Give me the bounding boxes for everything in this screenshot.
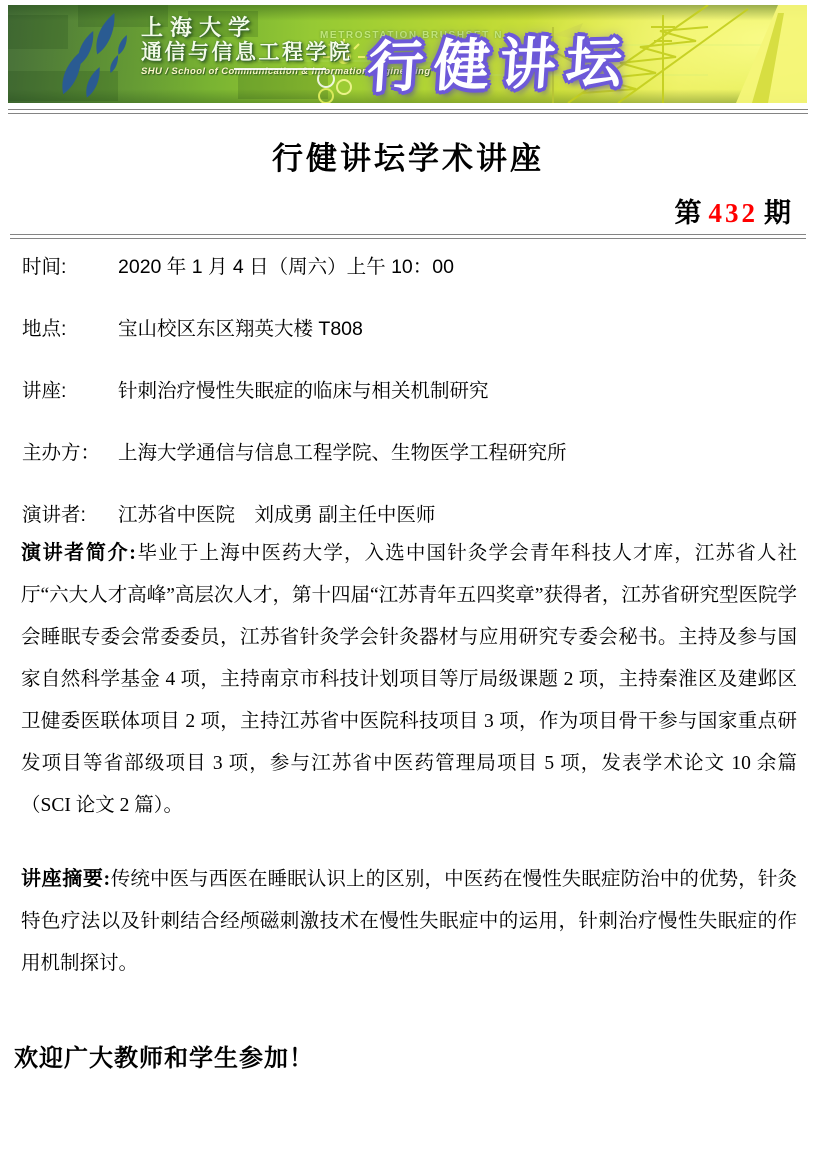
field-location-label: 地点: (22, 316, 118, 342)
field-location: 地点: 宝山校区东区翔英大楼 T808 (22, 316, 798, 342)
forum-banner-title: 行健讲坛 (365, 18, 635, 103)
field-speaker: 演讲者: 江苏省中医院 刘成勇 副主任中医师 (22, 502, 798, 528)
university-logo-icon (56, 11, 148, 99)
lecture-abstract-label: 讲座摘要: (21, 868, 111, 890)
banner-bottom-rule (8, 109, 808, 114)
field-time: 时间: 2020 年 1 月 4 日（周六）上午 10：00 (22, 254, 798, 280)
field-lecture: 讲座: 针刺治疗慢性失眠症的临床与相关机制研究 (22, 378, 798, 404)
field-lecture-value: 针刺治疗慢性失眠症的临床与相关机制研究 (118, 378, 489, 404)
speaker-bio-label: 演讲者简介: (21, 542, 136, 564)
page-title: 行健讲坛学术讲座 (0, 133, 816, 178)
field-speaker-value: 江苏省中医院 刘成勇 副主任中医师 (118, 502, 435, 528)
banner-divider-line (234, 68, 326, 70)
field-organizer-label: 主办方： (22, 440, 118, 466)
field-time-value: 2020 年 1 月 4 日（周六）上午 10：00 (118, 254, 454, 280)
header-banner: 上海大学 通信与信息工程学院 SHU / School of Communica… (8, 5, 807, 103)
welcome-line: 欢迎广大教师和学生参加！ (14, 1038, 314, 1073)
speaker-bio-paragraph: 演讲者简介:毕业于上海中医药大学，入选中国针灸学会青年科技人才库，江苏省人社厅“… (21, 532, 797, 827)
field-organizer: 主办方： 上海大学通信与信息工程学院、生物医学工程研究所 (22, 440, 798, 466)
field-speaker-label: 演讲者: (22, 502, 118, 528)
field-location-value: 宝山校区东区翔英大楼 T808 (118, 316, 363, 342)
tower-silhouette (736, 5, 807, 103)
issue-line: 第432期 (675, 191, 793, 230)
header-rule (10, 234, 806, 239)
issue-suffix: 期 (764, 198, 792, 228)
field-lecture-label: 讲座: (22, 378, 118, 404)
field-organizer-value: 上海大学通信与信息工程学院、生物医学工程研究所 (118, 440, 567, 466)
issue-number: 432 (703, 198, 765, 228)
lecture-abstract-paragraph: 讲座摘要:传统中医与西医在睡眠认识上的区别，中医药在慢性失眠症防治中的优势，针灸… (21, 858, 797, 985)
speaker-bio-text: 毕业于上海中医药大学，入选中国针灸学会青年科技人才库，江苏省人社厅“六大人才高峰… (21, 543, 797, 816)
lecture-abstract-text: 传统中医与西医在睡眠认识上的区别，中医药在慢性失眠症防治中的优势，针灸特色疗法以… (21, 869, 797, 974)
info-fields: 时间: 2020 年 1 月 4 日（周六）上午 10：00 地点: 宝山校区东… (22, 254, 798, 564)
issue-prefix: 第 (675, 198, 703, 228)
field-time-label: 时间: (22, 254, 118, 280)
